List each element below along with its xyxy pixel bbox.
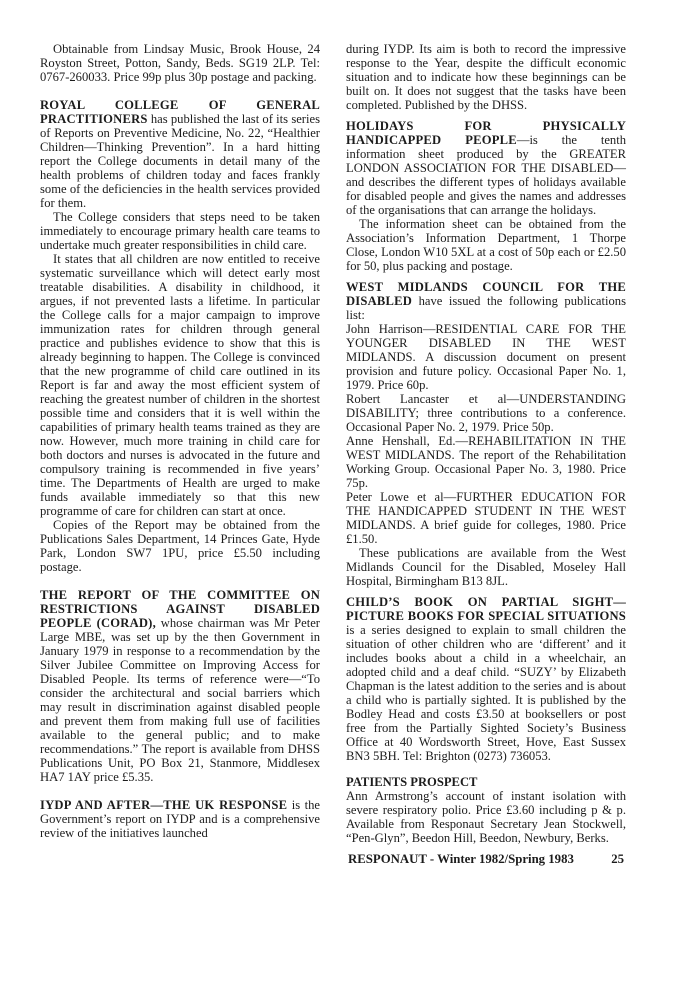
article-patients-prospect: PATIENTS PROSPECT Ann Armstrong’s accoun…	[346, 775, 626, 845]
patients-prospect-heading: PATIENTS PROSPECT	[346, 775, 626, 789]
iydp-continued-paragraph: during IYDP. Its aim is both to record t…	[346, 42, 626, 112]
publication-item: John Harrison—RESIDENTIAL CARE FOR THE Y…	[346, 322, 626, 392]
iydp-heading: IYDP AND AFTER—THE UK RESPONSE	[40, 798, 287, 812]
wmcd-closing: These publications are available from th…	[346, 546, 626, 588]
publication-item: Anne Henshall, Ed.—REHABILITATION IN THE…	[346, 434, 626, 490]
publication-title: RESPONAUT - Winter 1982/Spring 1983	[348, 852, 574, 866]
wmcd-intro: WEST MIDLANDS COUNCIL FOR THE DISABLED h…	[346, 280, 626, 322]
corad-paragraph: THE REPORT OF THE COMMITTEE ON RESTRICTI…	[40, 588, 320, 784]
right-column: during IYDP. Its aim is both to record t…	[346, 42, 626, 866]
rcgp-paragraph-1: ROYAL COLLEGE OF GENERAL PRACTITIONERS h…	[40, 98, 320, 210]
article-rcgp: ROYAL COLLEGE OF GENERAL PRACTITIONERS h…	[40, 98, 320, 574]
childs-book-paragraph: CHILD’S BOOK ON PARTIAL SIGHT—PICTURE BO…	[346, 595, 626, 763]
article-childs-book: CHILD’S BOOK ON PARTIAL SIGHT—PICTURE BO…	[346, 595, 626, 763]
rcgp-body-1: has published the last of its series of …	[40, 112, 320, 210]
publication-item: Robert Lancaster et al—UNDERSTANDING DIS…	[346, 392, 626, 434]
childs-book-heading: CHILD’S BOOK ON PARTIAL SIGHT—PICTURE BO…	[346, 595, 626, 623]
article-corad: THE REPORT OF THE COMMITTEE ON RESTRICTI…	[40, 588, 320, 784]
page-number: 25	[611, 852, 624, 866]
article-iydp: IYDP AND AFTER—THE UK RESPONSE is the Go…	[40, 798, 320, 840]
publication-item: Peter Lowe et al—FURTHER EDUCATION FOR T…	[346, 490, 626, 546]
corad-body: whose chairman was Mr Peter Large MBE, w…	[40, 616, 320, 784]
holidays-paragraph-2: The information sheet can be obtained fr…	[346, 217, 626, 273]
holidays-paragraph-1: HOLIDAYS FOR PHYSICALLY HANDICAPPED PEOP…	[346, 119, 626, 217]
childs-book-body: is a series designed to explain to small…	[346, 623, 626, 763]
rcgp-paragraph-3: It states that all children are now enti…	[40, 252, 320, 518]
iydp-paragraph: IYDP AND AFTER—THE UK RESPONSE is the Go…	[40, 798, 320, 840]
page-footer: RESPONAUT - Winter 1982/Spring 1983 25	[346, 852, 626, 866]
rcgp-paragraph-4: Copies of the Report may be obtained fro…	[40, 518, 320, 574]
rcgp-paragraph-2: The College considers that steps need to…	[40, 210, 320, 252]
lindsay-music-paragraph: Obtainable from Lindsay Music, Brook Hou…	[40, 42, 320, 84]
article-west-midlands: WEST MIDLANDS COUNCIL FOR THE DISABLED h…	[346, 280, 626, 588]
patients-prospect-body: Ann Armstrong’s account of instant isola…	[346, 789, 626, 845]
article-holidays: HOLIDAYS FOR PHYSICALLY HANDICAPPED PEOP…	[346, 119, 626, 273]
left-column: Obtainable from Lindsay Music, Brook Hou…	[40, 42, 320, 840]
